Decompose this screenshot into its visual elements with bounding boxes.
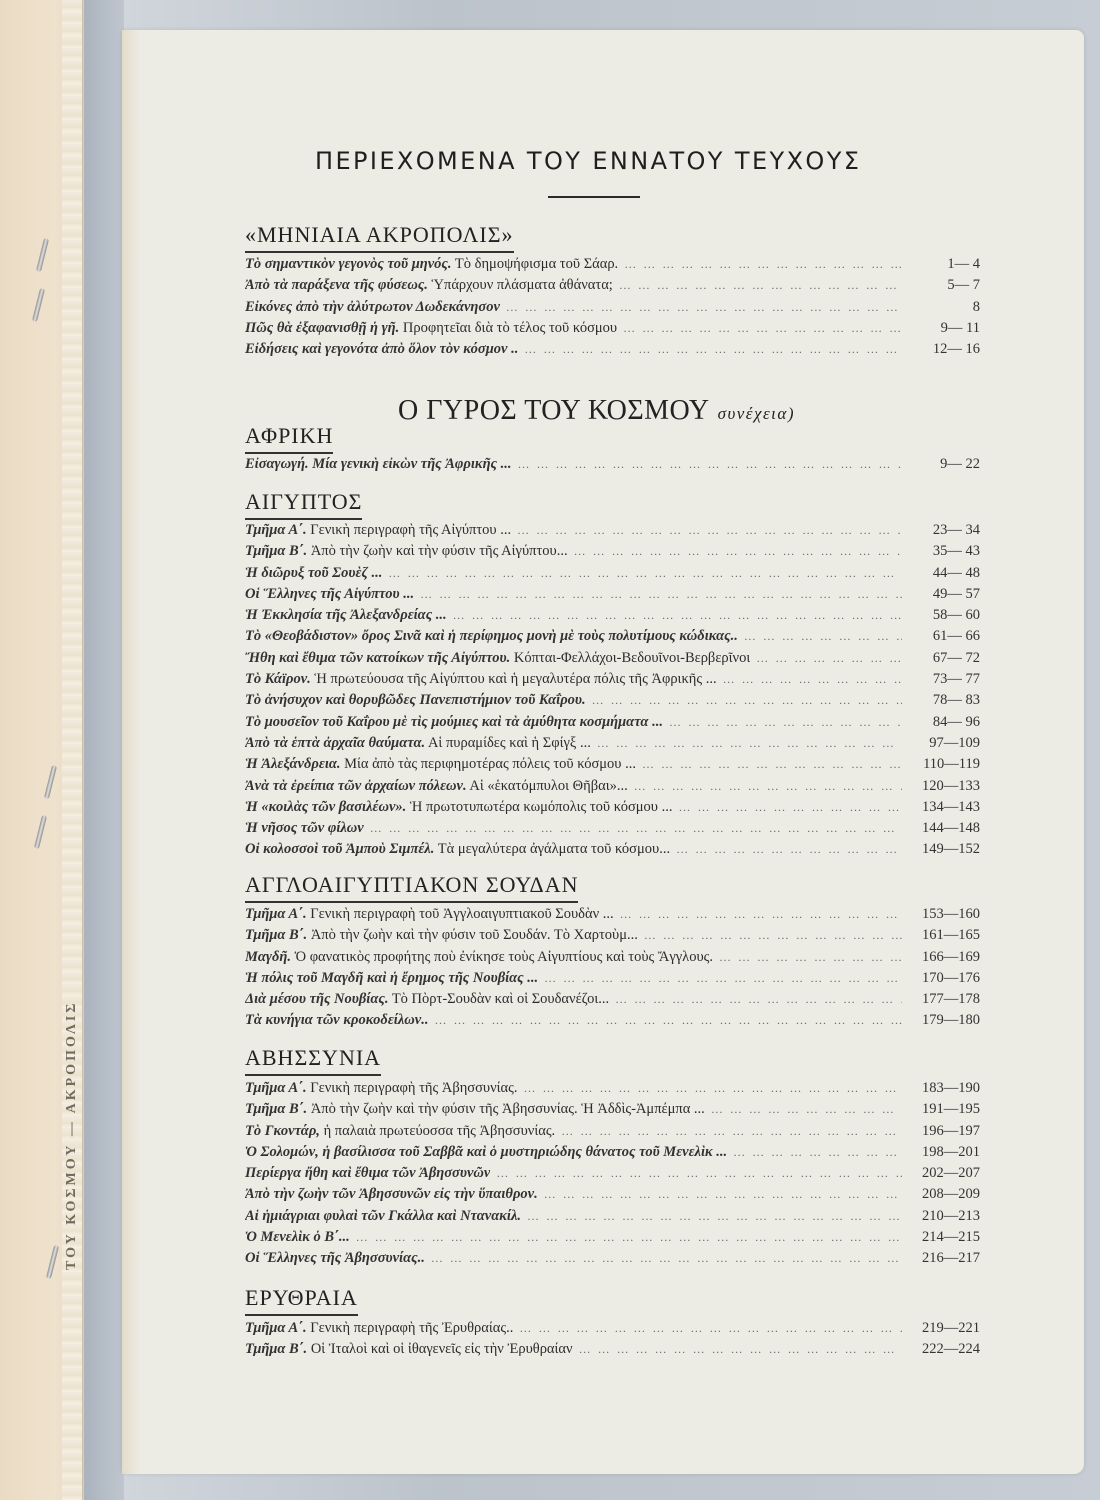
toc-entry-pages: 191—195 <box>908 1101 980 1118</box>
dot-leader: … … … … … … … … … … … … … … … … … … … … … <box>544 1187 902 1202</box>
toc-entry-text: Οἱ Ἰταλοὶ καὶ οἱ ἰθαγενεῖς εἰς τὴν Ἐρυθρ… <box>307 1341 572 1357</box>
dot-leader: … … … … … … … … … … … … … … … … … … … … … <box>733 1145 902 1160</box>
toc-entry-title: Ὁ Σολομών, ἡ βασίλισσα τοῦ Σαββᾶ καὶ ὁ μ… <box>245 1144 727 1161</box>
toc-entry-title: Τμῆμα Β΄. Ἀπὸ τὴν ζωὴν καὶ τὴν φύσιν τῆς… <box>245 1101 705 1118</box>
toc-entry-title: Τμῆμα Α΄. Γενικὴ περιγραφὴ τῆς Αἰγύπτου … <box>245 522 511 539</box>
toc-entry-title: Τμῆμα Α΄. Γενικὴ περιγραφὴ τῆς Ἐρυθραίας… <box>245 1320 513 1337</box>
toc-entry: Αἱ ἡμιάγριαι φυλαὶ τῶν Γκάλλα καὶ Ντανακ… <box>245 1208 980 1229</box>
toc-entry-italic: Τμῆμα Β΄. <box>245 1341 307 1357</box>
toc-entry-italic: Τὸ μουσεῖον τοῦ Καΐρου μὲ τὶς μούμιες κα… <box>245 714 663 730</box>
toc-entry: Τὸ «Θεοβάδιστον» ὄρος Σινᾶ καὶ ἡ περίφημ… <box>245 628 980 649</box>
toc-entry-title: Τὸ Κάϊρον. Ἡ πρωτεύουσα τῆς Αἰγύπτου καὶ… <box>245 671 717 688</box>
dot-leader: … … … … … … … … … … … … … … … … … … … … … <box>370 821 902 836</box>
toc-entry-text: Γενικὴ περιγραφὴ τῆς Ἀβησσυνίας. <box>307 1080 518 1096</box>
toc-entry-italic: Τὸ ἀνήσυχον καὶ θορυβῶδες Πανεπιστήμιον … <box>245 692 586 708</box>
toc-entry-title: Ἀπὸ τὰ παράξενα τῆς φύσεως. Ὑπάρχουν πλά… <box>245 277 613 294</box>
toc-entry-italic: Τμῆμα Β΄. <box>245 927 307 943</box>
toc-entry: Ἀπὸ τὴν ζωὴν τῶν Ἀβησσυνῶν εἰς τὴν ὕπαιθ… <box>245 1186 980 1207</box>
part-heading-subtitle: συνέχεια) <box>718 404 795 423</box>
entries-aigyptos: Τμῆμα Α΄. Γενικὴ περιγραφὴ τῆς Αἰγύπτου … <box>245 522 980 863</box>
dot-leader: … … … … … … … … … … … … … … … … … … … … … <box>644 928 902 943</box>
toc-entry-title: Ἀπὸ τὴν ζωὴν τῶν Ἀβησσυνῶν εἰς τὴν ὕπαιθ… <box>245 1186 538 1203</box>
dot-leader: … … … … … … … … … … … … … … … … … … … … … <box>592 693 902 708</box>
toc-entry-italic: Ἤθη καὶ ἔθιμα τῶν κατοίκων τῆς Αἰγύπτου. <box>245 650 510 666</box>
toc-entry-italic: Τμῆμα Β΄. <box>245 1101 307 1117</box>
toc-entry-italic: Οἱ Ἕλληνες τῆς Αἰγύπτου ... <box>245 586 414 602</box>
dot-leader: … … … … … … … … … … … … … … … … … … … … … <box>619 278 902 293</box>
section-heading-soudan: ΑΓΓΛΟΑΙΓΥΠΤΙΑΚΟΝ ΣΟΥΔΑΝ <box>245 872 578 903</box>
toc-entry: Τὸ ἀνήσυχον καὶ θορυβῶδες Πανεπιστήμιον … <box>245 692 980 713</box>
dot-leader: … … … … … … … … … … … … … … … … … … … … … <box>676 842 902 857</box>
toc-entry-italic: Ἀπὸ τὴν ζωὴν τῶν Ἀβησσυνῶν εἰς τὴν ὕπαιθ… <box>245 1186 538 1202</box>
dot-leader: … … … … … … … … … … … … … … … … … … … … … <box>453 608 902 623</box>
page-content: ΠΕΡΙΕΧΟΜΕΝΑ ΤΟΥ ΕΝΝΑΤΟΥ ΤΕΥΧΟΥΣ «ΜΗΝΙΑΙΑ… <box>0 0 1100 1500</box>
toc-entry: Οἱ Ἕλληνες τῆς Ἀβησσυνίας.. … … … … … … … <box>245 1250 980 1271</box>
toc-entry: Τμῆμα Α΄. Γενικὴ περιγραφὴ τῆς Αἰγύπτου … <box>245 522 980 543</box>
toc-entry-pages: 9— 22 <box>908 456 980 473</box>
toc-entry: Τμῆμα Β΄. Ἀπὸ τὴν ζωὴν καὶ τὴν φύσιν τοῦ… <box>245 927 980 948</box>
dot-leader: … … … … … … … … … … … … … … … … … … … … … <box>388 566 902 581</box>
toc-entry-text: Τὸ Πὸρτ-Σουδὰν καὶ οἱ Σουδανέζοι... <box>388 991 609 1007</box>
toc-entry-pages: 73— 77 <box>908 671 980 688</box>
dot-leader: … … … … … … … … … … … … … … … … … … … … … <box>579 1342 902 1357</box>
toc-entry-title: Οἱ κολοσσοὶ τοῦ Ἀμποὺ Σιμπέλ. Τὰ μεγαλύτ… <box>245 841 670 858</box>
toc-entry-title: Αἱ ἡμιάγριαι φυλαὶ τῶν Γκάλλα καὶ Ντανακ… <box>245 1208 521 1225</box>
dot-leader: … … … … … … … … … … … … … … … … … … … … … <box>524 1081 902 1096</box>
toc-entry: Εἰσαγωγή. Μία γενικὴ εἰκὼν τῆς Ἀφρικῆς .… <box>245 456 980 477</box>
toc-entry-pages: 202—207 <box>908 1165 980 1182</box>
toc-entry-title: Διὰ μέσου τῆς Νουβίας. Τὸ Πὸρτ-Σουδὰν κα… <box>245 991 609 1008</box>
toc-entry-title: Ἡ νῆσος τῶν φίλων <box>245 820 364 837</box>
toc-entry-title: Ἡ «κοιλὰς τῶν βασιλέων». Ἡ πρωτοτυπωτέρα… <box>245 799 672 816</box>
dot-leader: … … … … … … … … … … … … … … … … … … … … … <box>431 1251 902 1266</box>
toc-entry: Εἰδήσεις καὶ γεγονότα ἀπὸ ὅλον τὸν κόσμο… <box>245 341 980 362</box>
toc-entry-italic: Τμῆμα Β΄. <box>245 543 307 559</box>
dot-leader: … … … … … … … … … … … … … … … … … … … … … <box>678 800 902 815</box>
toc-entry: Ἡ νῆσος τῶν φίλων … … … … … … … … … … … … <box>245 820 980 841</box>
toc-entry-pages: 222—224 <box>908 1341 980 1358</box>
dot-leader: … … … … … … … … … … … … … … … … … … … … … <box>434 1013 902 1028</box>
toc-entry: Ἤθη καὶ ἔθιμα τῶν κατοίκων τῆς Αἰγύπτου.… <box>245 650 980 671</box>
toc-entry-text: Ὑπάρχουν πλάσματα ἀθάνατα; <box>428 277 613 293</box>
entries-soudan: Τμῆμα Α΄. Γενικὴ περιγραφὴ τοῦ Ἀγγλοαιγυ… <box>245 906 980 1034</box>
toc-entry: Ἡ Ἐκκλησία τῆς Ἀλεξανδρείας ... … … … … … <box>245 607 980 628</box>
dot-leader: … … … … … … … … … … … … … … … … … … … … … <box>544 971 902 986</box>
toc-entry-italic: Τὸ Κάϊρον. <box>245 671 311 687</box>
toc-entry-italic: Οἱ Ἕλληνες τῆς Ἀβησσυνίας.. <box>245 1250 425 1266</box>
toc-entry-pages: 183—190 <box>908 1080 980 1097</box>
toc-entry-text: Αἱ πυραμίδες καὶ ἡ Σφίγξ ... <box>425 735 591 751</box>
toc-entry-italic: Τμῆμα Α΄. <box>245 1080 307 1096</box>
dot-leader: … … … … … … … … … … … … … … … … … … … … … <box>719 950 902 965</box>
dot-leader: … … … … … … … … … … … … … … … … … … … … … <box>518 457 902 472</box>
toc-entry: Ἀνὰ τὰ ἐρείπια τῶν ἀρχαίων πόλεων. Αἱ «ἑ… <box>245 778 980 799</box>
dot-leader: … … … … … … … … … … … … … … … … … … … … … <box>519 1321 902 1336</box>
toc-entry-italic: Εἰδήσεις καὶ γεγονότα ἀπὸ ὅλον τὸν κόσμο… <box>245 341 518 357</box>
toc-entry-pages: 166—169 <box>908 949 980 966</box>
dot-leader: … … … … … … … … … … … … … … … … … … … … … <box>597 736 902 751</box>
toc-entry-text: Ἀπὸ τὴν ζωὴν καὶ τὴν φύσιν τοῦ Σουδάν. Τ… <box>307 927 638 943</box>
toc-entry-italic: Τμῆμα Α΄. <box>245 906 307 922</box>
toc-entry-italic: Ἡ διῶρυξ τοῦ Σουὲζ ... <box>245 565 382 581</box>
toc-entry: Ἀπὸ τὰ παράξενα τῆς φύσεως. Ὑπάρχουν πλά… <box>245 277 980 298</box>
toc-entry-title: Τμῆμα Β΄. Ἀπὸ τὴν ζωὴν καὶ τὴν φύσιν τοῦ… <box>245 927 638 944</box>
toc-entry-title: Τμῆμα Β΄. Ἀπὸ τὴν ζωὴν καὶ τὴν φύσιν τῆς… <box>245 543 568 560</box>
toc-entry-title: Τμῆμα Β΄. Οἱ Ἰταλοὶ καὶ οἱ ἰθαγενεῖς εἰς… <box>245 1341 573 1358</box>
dot-leader: … … … … … … … … … … … … … … … … … … … … … <box>634 779 902 794</box>
toc-entry: Περίεργα ἤθη καὶ ἔθιμα τῶν Ἀβησσυνῶν … …… <box>245 1165 980 1186</box>
toc-entry-title: Εἰσαγωγή. Μία γενικὴ εἰκὼν τῆς Ἀφρικῆς .… <box>245 456 512 473</box>
section-heading-abyssinia: ΑΒΗΣΣΥΝΙΑ <box>245 1045 381 1076</box>
toc-entry-title: Τμῆμα Α΄. Γενικὴ περιγραφὴ τοῦ Ἀγγλοαιγυ… <box>245 906 614 923</box>
toc-entry: Τὸ Κάϊρον. Ἡ πρωτεύουσα τῆς Αἰγύπτου καὶ… <box>245 671 980 692</box>
dot-leader: … … … … … … … … … … … … … … … … … … … … … <box>615 992 902 1007</box>
dot-leader: … … … … … … … … … … … … … … … … … … … … … <box>524 342 902 357</box>
toc-entry-italic: Τμῆμα Α΄. <box>245 522 307 538</box>
dot-leader: … … … … … … … … … … … … … … … … … … … … … <box>756 651 902 666</box>
toc-entry-pages: 219—221 <box>908 1320 980 1337</box>
toc-entry-italic: Τμῆμα Α΄. <box>245 1320 307 1336</box>
toc-entry-title: Εἰδήσεις καὶ γεγονότα ἀπὸ ὅλον τὸν κόσμο… <box>245 341 518 358</box>
toc-entry-pages: 214—215 <box>908 1229 980 1246</box>
toc-entry-text: Ἡ πρωτοτυπωτέρα κωμόπολις τοῦ κόσμου ... <box>406 799 672 815</box>
dot-leader: … … … … … … … … … … … … … … … … … … … … … <box>723 672 902 687</box>
toc-entry-italic: Ἡ Ἐκκλησία τῆς Ἀλεξανδρείας ... <box>245 607 447 623</box>
toc-entry-italic: Εἰσαγωγή. Μία γενικὴ εἰκὼν τῆς Ἀφρικῆς .… <box>245 456 512 472</box>
toc-entry-pages: 179—180 <box>908 1012 980 1029</box>
toc-entry-title: Ἡ Ἐκκλησία τῆς Ἀλεξανδρείας ... <box>245 607 447 624</box>
toc-entry-pages: 35— 43 <box>908 543 980 560</box>
toc-entry-title: Τμῆμα Α΄. Γενικὴ περιγραφὴ τῆς Ἀβησσυνία… <box>245 1080 518 1097</box>
toc-entry: Τμῆμα Α΄. Γενικὴ περιγραφὴ τῆς Ἀβησσυνία… <box>245 1080 980 1101</box>
toc-entry-title: Ἡ Ἀλεξάνδρεια. Μία ἀπὸ τὰς περιφημοτέρας… <box>245 756 636 773</box>
dot-leader: … … … … … … … … … … … … … … … … … … … … … <box>517 523 902 538</box>
toc-entry-title: Ἡ πόλις τοῦ Μαγδῆ καὶ ἡ ἔρημος τῆς Νουβί… <box>245 970 538 987</box>
dot-leader: … … … … … … … … … … … … … … … … … … … … … <box>711 1102 902 1117</box>
toc-entry-pages: 23— 34 <box>908 522 980 539</box>
toc-entry-italic: Ἀπὸ τὰ ἑπτὰ ἀρχαῖα θαύματα. <box>245 735 425 751</box>
toc-entry-text: Τὰ μεγαλύτερα ἀγάλματα τοῦ κόσμου... <box>434 841 670 857</box>
section-heading-afriki: ΑΦΡΙΚΗ <box>245 423 333 454</box>
dot-leader: … … … … … … … … … … … … … … … … … … … … … <box>574 544 902 559</box>
toc-entry-pages: 84— 96 <box>908 714 980 731</box>
toc-entry-italic: Πῶς θὰ ἐξαφανισθῇ ἡ γῆ. <box>245 320 399 336</box>
toc-entry-title: Εἰκόνες ἀπὸ τὴν ἀλύτρωτον Δωδεκάνησον <box>245 299 500 316</box>
toc-entry-pages: 9— 11 <box>908 320 980 337</box>
toc-entry: Ἡ διῶρυξ τοῦ Σουὲζ ... … … … … … … … … …… <box>245 565 980 586</box>
toc-entry-pages: 61— 66 <box>908 628 980 645</box>
toc-entry: Ἡ Ἀλεξάνδρεια. Μία ἀπὸ τὰς περιφημοτέρας… <box>245 756 980 777</box>
toc-entry-title: Τὸ Γκοντάρ, ἡ παλαιὰ πρωτεύοσσα τῆς Ἀβησ… <box>245 1123 555 1140</box>
toc-entry-title: Τὰ κυνήγια τῶν κροκοδείλων.. <box>245 1012 428 1029</box>
section-heading-aigyptos: ΑΙΓΥΠΤΟΣ <box>245 489 362 520</box>
toc-entry: Μαγδῆ. Ὁ φανατικὸς προφήτης ποὺ ἐνίκησε … <box>245 949 980 970</box>
toc-entry-pages: 198—201 <box>908 1144 980 1161</box>
toc-entry-text: Ἡ πρωτεύουσα τῆς Αἰγύπτου καὶ ἡ μεγαλυτέ… <box>311 671 717 687</box>
toc-entry-title: Πῶς θὰ ἐξαφανισθῇ ἡ γῆ. Προφητεῖαι διὰ τ… <box>245 320 617 337</box>
toc-entry-pages: 78— 83 <box>908 692 980 709</box>
toc-entry-title: Ὁ Μενελὶκ ὁ Β΄... <box>245 1229 350 1246</box>
toc-entry-title: Μαγδῆ. Ὁ φανατικὸς προφήτης ποὺ ἐνίκησε … <box>245 949 713 966</box>
toc-entry: Πῶς θὰ ἐξαφανισθῇ ἡ γῆ. Προφητεῖαι διὰ τ… <box>245 320 980 341</box>
toc-entry-text: Μία ἀπὸ τὰς περιφημοτέρας πόλεις τοῦ κόσ… <box>341 756 636 772</box>
toc-entry-pages: 1— 4 <box>908 256 980 273</box>
toc-entry: Τμῆμα Β΄. Ἀπὸ τὴν ζωὴν καὶ τὴν φύσιν τῆς… <box>245 543 980 564</box>
toc-entry-pages: 144—148 <box>908 820 980 837</box>
toc-entry-pages: 134—143 <box>908 799 980 816</box>
toc-entry-italic: Τὰ κυνήγια τῶν κροκοδείλων.. <box>245 1012 428 1028</box>
toc-entry-text: ἡ παλαιὰ πρωτεύοσσα τῆς Ἀβησσυνίας. <box>320 1123 555 1139</box>
toc-entry: Τμῆμα Β΄. Ἀπὸ τὴν ζωὴν καὶ τὴν φύσιν τῆς… <box>245 1101 980 1122</box>
toc-entry-pages: 49— 57 <box>908 586 980 603</box>
toc-entry-title: Ἤθη καὶ ἔθιμα τῶν κατοίκων τῆς Αἰγύπτου.… <box>245 650 750 667</box>
toc-entry-title: Ἀπὸ τὰ ἑπτὰ ἀρχαῖα θαύματα. Αἱ πυραμίδες… <box>245 735 591 752</box>
toc-entry-text: Γενικὴ περιγραφὴ τῆς Αἰγύπτου ... <box>307 522 511 538</box>
page-title: ΠΕΡΙΕΧΟΜΕΝΑ ΤΟΥ ΕΝΝΑΤΟΥ ΤΕΥΧΟΥΣ <box>315 147 861 175</box>
toc-entry-italic: Ἡ πόλις τοῦ Μαγδῆ καὶ ἡ ἔρημος τῆς Νουβί… <box>245 970 538 986</box>
entries-afriki: Εἰσαγωγή. Μία γενικὴ εἰκὼν τῆς Ἀφρικῆς .… <box>245 456 980 477</box>
toc-entry-text: Αἱ «ἑκατόμπυλοι Θῆβαι»... <box>467 778 628 794</box>
dot-leader: … … … … … … … … … … … … … … … … … … … … … <box>420 587 902 602</box>
toc-entry-pages: 120—133 <box>908 778 980 795</box>
toc-entry-title: Ἡ διῶρυξ τοῦ Σουὲζ ... <box>245 565 382 582</box>
dot-leader: … … … … … … … … … … … … … … … … … … … … … <box>669 715 902 730</box>
toc-entry-italic: Οἱ κολοσσοὶ τοῦ Ἀμποὺ Σιμπέλ. <box>245 841 434 857</box>
dot-leader: … … … … … … … … … … … … … … … … … … … … … <box>620 907 902 922</box>
toc-entry: Τμῆμα Α΄. Γενικὴ περιγραφὴ τῆς Ἐρυθραίας… <box>245 1320 980 1341</box>
toc-entry: Τὸ μουσεῖον τοῦ Καΐρου μὲ τὶς μούμιες κα… <box>245 714 980 735</box>
toc-entry-italic: Περίεργα ἤθη καὶ ἔθιμα τῶν Ἀβησσυνῶν <box>245 1165 490 1181</box>
toc-entry-italic: Τὸ Γκοντάρ, <box>245 1123 320 1139</box>
entries-erythraia: Τμῆμα Α΄. Γενικὴ περιγραφὴ τῆς Ἐρυθραίας… <box>245 1320 980 1363</box>
toc-entry-title: Τὸ ἀνήσυχον καὶ θορυβῶδες Πανεπιστήμιον … <box>245 692 586 709</box>
part-heading-title: Ο ΓΥΡΟΣ ΤΟΥ ΚΟΣΜΟΥ <box>398 395 710 426</box>
part-heading: Ο ΓΥΡΟΣ ΤΟΥ ΚΟΣΜΟΥσυνέχεια) <box>398 395 795 427</box>
toc-entry-italic: Διὰ μέσου τῆς Νουβίας. <box>245 991 388 1007</box>
toc-entry-italic: Ἀπὸ τὰ παράξενα τῆς φύσεως. <box>245 277 428 293</box>
dot-leader: … … … … … … … … … … … … … … … … … … … … … <box>623 321 902 336</box>
dot-leader: … … … … … … … … … … … … … … … … … … … … … <box>561 1124 902 1139</box>
toc-entry-title: Τὸ μουσεῖον τοῦ Καΐρου μὲ τὶς μούμιες κα… <box>245 714 663 731</box>
toc-entry: Ἡ πόλις τοῦ Μαγδῆ καὶ ἡ ἔρημος τῆς Νουβί… <box>245 970 980 991</box>
dot-leader: … … … … … … … … … … … … … … … … … … … … … <box>356 1230 902 1245</box>
toc-entry-pages: 170—176 <box>908 970 980 987</box>
toc-entry-text: Ἀπὸ τὴν ζωὴν καὶ τὴν φύσιν τῆς Αἰγύπτου.… <box>307 543 567 559</box>
toc-entry: Τὸ σημαντικὸν γεγονὸς τοῦ μηνός. Τὸ δημο… <box>245 256 980 277</box>
dot-leader: … … … … … … … … … … … … … … … … … … … … … <box>496 1166 902 1181</box>
toc-entry-italic: Ἡ νῆσος τῶν φίλων <box>245 820 364 836</box>
toc-entry-pages: 216—217 <box>908 1250 980 1267</box>
toc-entry: Τμῆμα Β΄. Οἱ Ἰταλοὶ καὶ οἱ ἰθαγενεῖς εἰς… <box>245 1341 980 1362</box>
toc-entry-pages: 153—160 <box>908 906 980 923</box>
title-divider <box>548 196 640 198</box>
dot-leader: … … … … … … … … … … … … … … … … … … … … … <box>642 757 902 772</box>
toc-entry-pages: 12— 16 <box>908 341 980 358</box>
toc-entry: Τὸ Γκοντάρ, ἡ παλαιὰ πρωτεύοσσα τῆς Ἀβησ… <box>245 1123 980 1144</box>
toc-entry-pages: 110—119 <box>908 756 980 773</box>
toc-entry-pages: 8 <box>908 299 980 316</box>
dot-leader: … … … … … … … … … … … … … … … … … … … … … <box>506 300 902 315</box>
toc-entry: Ἡ «κοιλὰς τῶν βασιλέων». Ἡ πρωτοτυπωτέρα… <box>245 799 980 820</box>
section-heading-akropolis: «ΜΗΝΙΑΙΑ ΑΚΡΟΠΟΛΙΣ» <box>245 222 514 253</box>
toc-entry-pages: 67— 72 <box>908 650 980 667</box>
toc-entry-pages: 5— 7 <box>908 277 980 294</box>
toc-entry-italic: Τὸ «Θεοβάδιστον» ὄρος Σινᾶ καὶ ἡ περίφημ… <box>245 628 738 644</box>
dot-leader: … … … … … … … … … … … … … … … … … … … … … <box>744 629 902 644</box>
toc-entry-pages: 44— 48 <box>908 565 980 582</box>
toc-entry: Ἀπὸ τὰ ἑπτὰ ἀρχαῖα θαύματα. Αἱ πυραμίδες… <box>245 735 980 756</box>
toc-entry-title: Τὸ «Θεοβάδιστον» ὄρος Σινᾶ καὶ ἡ περίφημ… <box>245 628 738 645</box>
toc-entry-pages: 210—213 <box>908 1208 980 1225</box>
toc-entry-title: Οἱ Ἕλληνες τῆς Ἀβησσυνίας.. <box>245 1250 425 1267</box>
toc-entry: Ὁ Μενελὶκ ὁ Β΄... … … … … … … … … … … … … <box>245 1229 980 1250</box>
toc-entry-italic: Ὁ Σολομών, ἡ βασίλισσα τοῦ Σαββᾶ καὶ ὁ μ… <box>245 1144 727 1160</box>
toc-entry-italic: Ἡ «κοιλὰς τῶν βασιλέων». <box>245 799 406 815</box>
toc-entry-italic: Ἀνὰ τὰ ἐρείπια τῶν ἀρχαίων πόλεων. <box>245 778 467 794</box>
toc-entry-title: Οἱ Ἕλληνες τῆς Αἰγύπτου ... <box>245 586 414 603</box>
toc-entry-pages: 177—178 <box>908 991 980 1008</box>
entries-abyssinia: Τμῆμα Α΄. Γενικὴ περιγραφὴ τῆς Ἀβησσυνία… <box>245 1080 980 1272</box>
toc-entry-italic: Τὸ σημαντικὸν γεγονὸς τοῦ μηνός. <box>245 256 452 272</box>
toc-entry-pages: 149—152 <box>908 841 980 858</box>
toc-entry: Εἰκόνες ἀπὸ τὴν ἀλύτρωτον Δωδεκάνησον … … <box>245 299 980 320</box>
toc-entry-pages: 208—209 <box>908 1186 980 1203</box>
section-heading-erythraia: ΕΡΥΘΡΑΙΑ <box>245 1285 358 1316</box>
toc-entry-pages: 161—165 <box>908 927 980 944</box>
dot-leader: … … … … … … … … … … … … … … … … … … … … … <box>624 257 902 272</box>
toc-entry-text: Τὸ δημοψήφισμα τοῦ Σάαρ. <box>452 256 619 272</box>
toc-entry-title: Ἀνὰ τὰ ἐρείπια τῶν ἀρχαίων πόλεων. Αἱ «ἑ… <box>245 778 628 795</box>
toc-entry-italic: Μαγδῆ. <box>245 949 291 965</box>
dot-leader: … … … … … … … … … … … … … … … … … … … … … <box>527 1209 902 1224</box>
toc-entry-text: Ἀπὸ τὴν ζωὴν καὶ τὴν φύσιν τῆς Ἀβησσυνία… <box>307 1101 705 1117</box>
toc-entry: Οἱ κολοσσοὶ τοῦ Ἀμποὺ Σιμπέλ. Τὰ μεγαλύτ… <box>245 841 980 862</box>
toc-entry: Τμῆμα Α΄. Γενικὴ περιγραφὴ τοῦ Ἀγγλοαιγυ… <box>245 906 980 927</box>
toc-entry-pages: 196—197 <box>908 1123 980 1140</box>
toc-entry-pages: 58— 60 <box>908 607 980 624</box>
toc-entry-italic: Ὁ Μενελὶκ ὁ Β΄... <box>245 1229 350 1245</box>
toc-entry-text: Γενικὴ περιγραφὴ τοῦ Ἀγγλοαιγυπτιακοῦ Σο… <box>307 906 614 922</box>
toc-entry: Οἱ Ἕλληνες τῆς Αἰγύπτου ... … … … … … … … <box>245 586 980 607</box>
toc-entry-text: Ὁ φανατικὸς προφήτης ποὺ ἐνίκησε τοὺς Αἰ… <box>291 949 713 965</box>
toc-entry: Ὁ Σολομών, ἡ βασίλισσα τοῦ Σαββᾶ καὶ ὁ μ… <box>245 1144 980 1165</box>
toc-entry-text: Γενικὴ περιγραφὴ τῆς Ἐρυθραίας.. <box>307 1320 514 1336</box>
toc-entry-pages: 97—109 <box>908 735 980 752</box>
entries-akropolis: Τὸ σημαντικὸν γεγονὸς τοῦ μηνός. Τὸ δημο… <box>245 256 980 362</box>
toc-entry-italic: Εἰκόνες ἀπὸ τὴν ἀλύτρωτον Δωδεκάνησον <box>245 299 500 315</box>
toc-entry-title: Περίεργα ἤθη καὶ ἔθιμα τῶν Ἀβησσυνῶν <box>245 1165 490 1182</box>
toc-entry-title: Τὸ σημαντικὸν γεγονὸς τοῦ μηνός. Τὸ δημο… <box>245 256 618 273</box>
toc-entry-text: Κόπται-Φελλάχοι-Βεδουῖνοι-Βερβερῖνοι <box>510 650 750 666</box>
toc-entry-italic: Ἡ Ἀλεξάνδρεια. <box>245 756 341 772</box>
toc-entry: Τὰ κυνήγια τῶν κροκοδείλων.. … … … … … …… <box>245 1012 980 1033</box>
toc-entry-italic: Αἱ ἡμιάγριαι φυλαὶ τῶν Γκάλλα καὶ Ντανακ… <box>245 1208 521 1224</box>
toc-entry: Διὰ μέσου τῆς Νουβίας. Τὸ Πὸρτ-Σουδὰν κα… <box>245 991 980 1012</box>
toc-entry-text: Προφητεῖαι διὰ τὸ τέλος τοῦ κόσμου <box>399 320 617 336</box>
